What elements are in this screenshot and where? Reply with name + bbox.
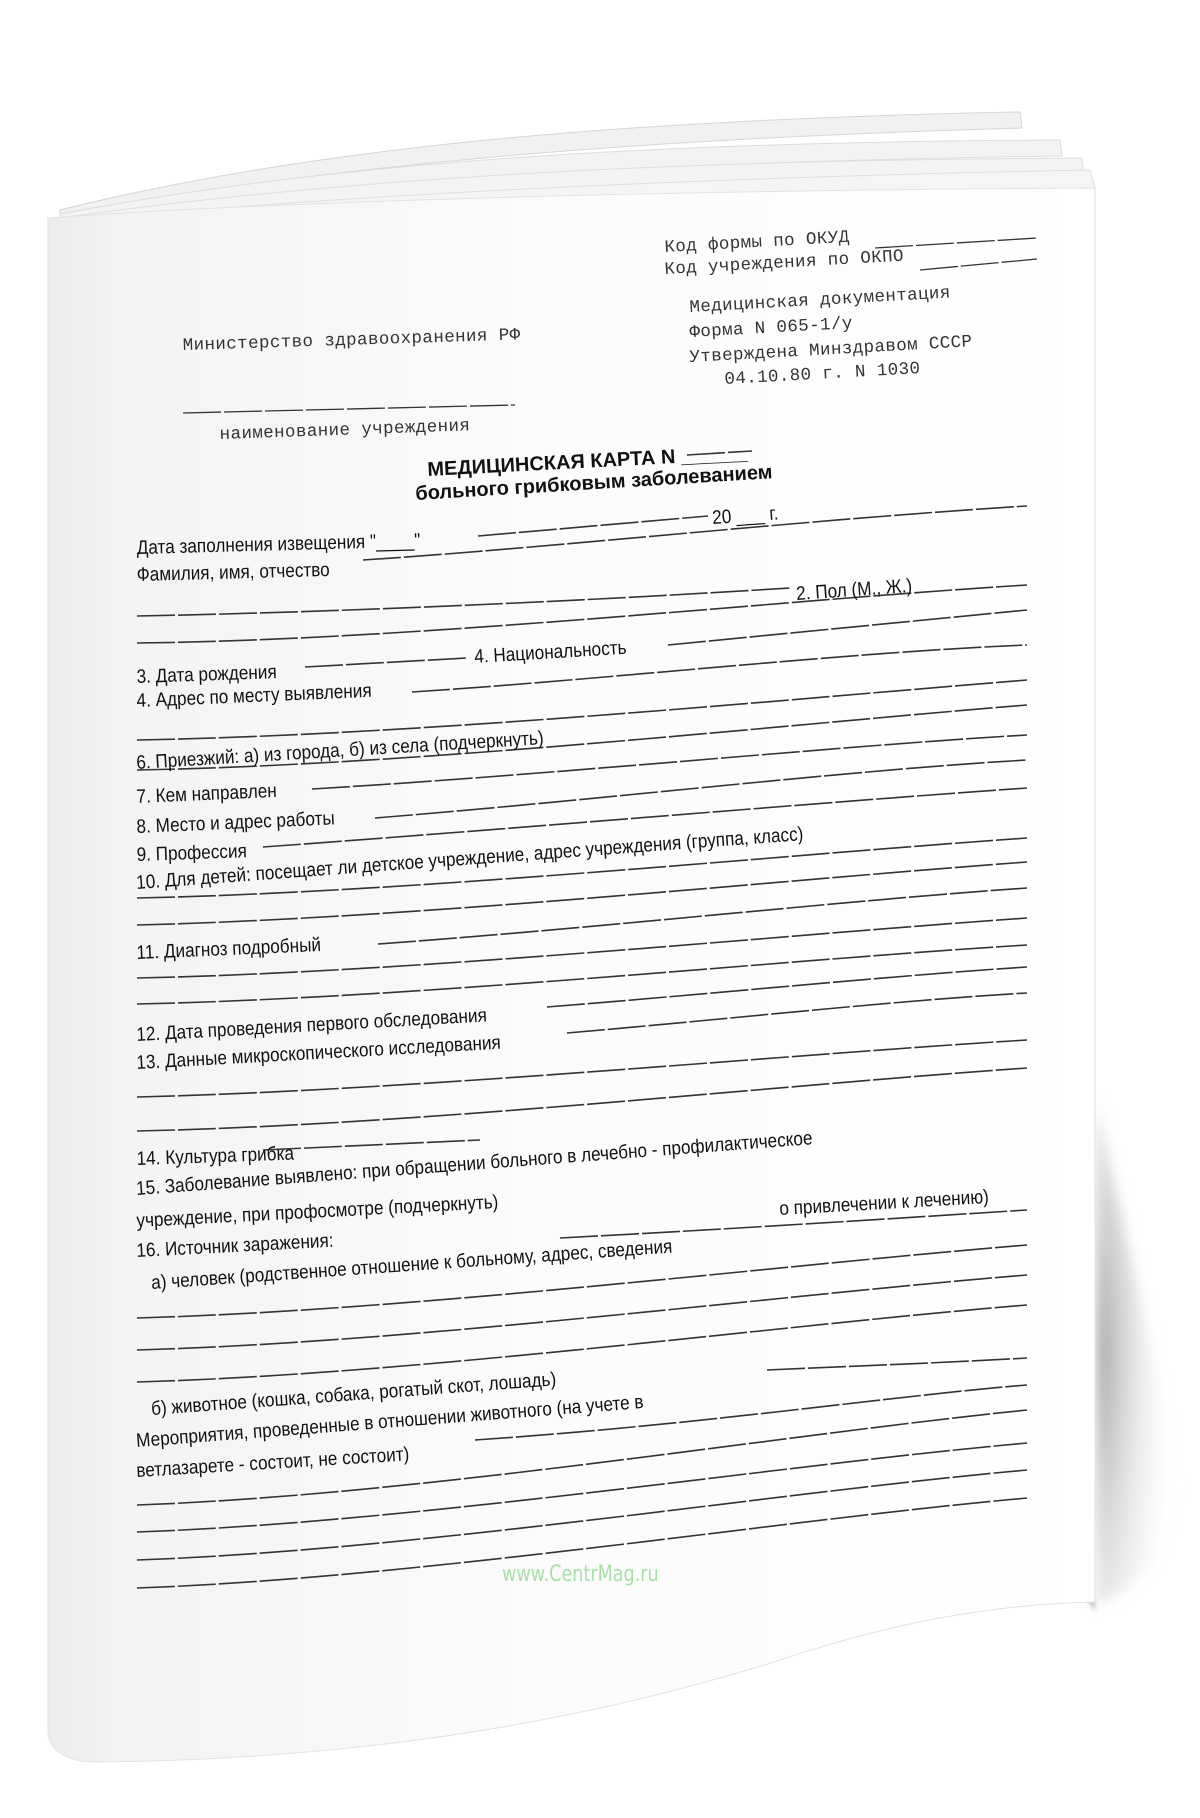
rule-line	[547, 967, 1027, 1007]
rule-line	[263, 1140, 480, 1150]
ministry-name: Министерство здравоохранения РФ	[182, 327, 520, 355]
field-arrival: 6. Приезжий: а) из города, б) из села (п…	[136, 729, 544, 773]
rule-line	[378, 888, 1027, 944]
rule-line	[137, 1068, 1027, 1131]
page-background	[0, 0, 1200, 1818]
rule-line	[920, 259, 1037, 270]
rule-line	[478, 516, 708, 536]
document-mockup: Код формы по ОКУД Код учреждения по ОКПО…	[0, 0, 1200, 1818]
rule-line	[183, 405, 515, 413]
ruled-lines	[0, 0, 1200, 1818]
approval-date: 04.10.80 г. N 1030	[724, 361, 921, 389]
rule-line	[767, 1358, 1027, 1370]
rule-line	[137, 1305, 1027, 1382]
rule-line	[668, 610, 1027, 645]
year-suffix: 20 ___ г.	[712, 504, 779, 528]
field-nationality: 4. Национальность	[474, 639, 627, 668]
field-workplace: 8. Место и адрес работы	[136, 809, 335, 837]
field-referred-by: 7. Кем направлен	[136, 782, 277, 808]
rule-line	[137, 588, 790, 616]
doc-type: Медицинская документация	[689, 285, 951, 317]
rule-line	[363, 506, 1027, 560]
rule-line	[305, 658, 467, 667]
field-sex: 2. Пол (М., Ж.)	[796, 577, 913, 605]
field-culture: 14. Культура грибка	[136, 1145, 294, 1170]
rule-line	[375, 760, 1027, 818]
form-number: Форма N 065-1/у	[689, 316, 853, 343]
field-full-name: Фамилия, имя, отчество	[136, 561, 329, 586]
field-profession: 9. Профессия	[136, 842, 247, 865]
field-date-filled: Дата заполнения извещения "____"	[136, 532, 420, 559]
rule-line	[137, 1470, 1027, 1560]
rule-line	[567, 993, 1027, 1033]
field-diagnosis: 11. Диагноз подробный	[136, 936, 321, 964]
field-measures-cont: ветлазарете - состоит, не состоит)	[136, 1445, 410, 1481]
institution-caption: наименование учреждения	[219, 418, 470, 444]
watermark: www.CentrMag.ru	[502, 1564, 659, 1586]
field-contact-info: о привлечении к лечению)	[779, 1188, 990, 1220]
field-detected-cont: учреждение, при профосмотре (подчеркнуть…	[136, 1193, 499, 1231]
rule-line	[137, 1275, 1027, 1350]
field-source: 16. Источник заражения:	[136, 1232, 334, 1262]
